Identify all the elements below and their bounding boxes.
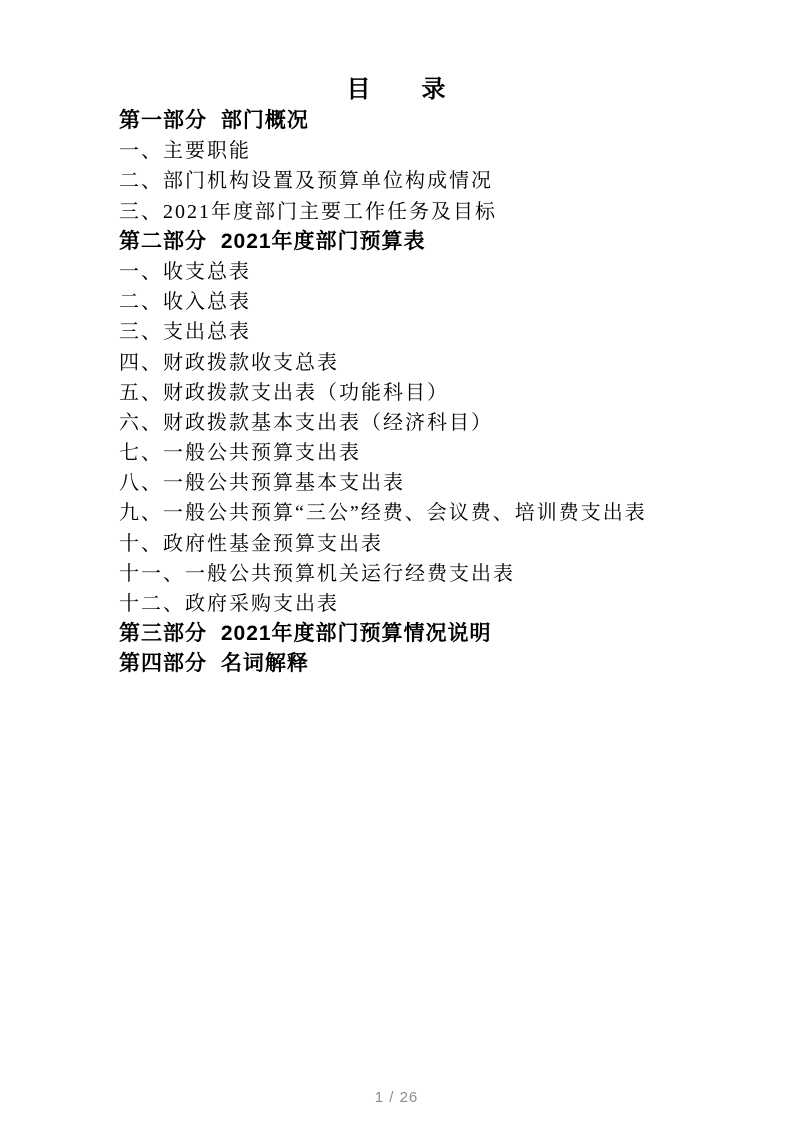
toc-item-agency-operating-expenses: 十一、一般公共预算机关运行经费支出表 bbox=[119, 559, 753, 589]
toc-item-main-duties: 一、主要职能 bbox=[119, 136, 753, 166]
toc-part1-heading: 第一部分 部门概况 bbox=[119, 106, 753, 136]
toc-item-fiscal-appropriation-summary: 四、财政拨款收支总表 bbox=[119, 348, 753, 378]
document-page: 目 录 第一部分 部门概况 一、主要职能 二、部门机构设置及预算单位构成情况 三… bbox=[0, 0, 793, 1122]
table-of-contents: 第一部分 部门概况 一、主要职能 二、部门机构设置及预算单位构成情况 三、202… bbox=[119, 106, 753, 680]
toc-title: 目 录 bbox=[0, 74, 793, 106]
toc-item-fiscal-basic-expenditure-economic: 六、财政拨款基本支出表（经济科目） bbox=[119, 408, 753, 438]
toc-item-expenditure-summary: 三、支出总表 bbox=[119, 317, 753, 347]
toc-item-2021-tasks: 三、2021年度部门主要工作任务及目标 bbox=[119, 197, 753, 227]
toc-item-general-public-budget-basic-expenditure: 八、一般公共预算基本支出表 bbox=[119, 468, 753, 498]
toc-item-revenue-summary: 二、收入总表 bbox=[119, 287, 753, 317]
toc-item-government-fund-budget-expenditure: 十、政府性基金预算支出表 bbox=[119, 529, 753, 559]
toc-item-fiscal-expenditure-functional: 五、财政拨款支出表（功能科目） bbox=[119, 378, 753, 408]
toc-item-general-public-budget-expenditure: 七、一般公共预算支出表 bbox=[119, 438, 753, 468]
toc-part3-heading: 第三部分 2021年度部门预算情况说明 bbox=[119, 619, 753, 649]
toc-part2-heading: 第二部分 2021年度部门预算表 bbox=[119, 227, 753, 257]
toc-item-three-public-funds-expenditure: 九、一般公共预算“三公”经费、会议费、培训费支出表 bbox=[119, 498, 753, 528]
page-number-indicator: 1 / 26 bbox=[0, 1089, 793, 1106]
toc-item-org-setup: 二、部门机构设置及预算单位构成情况 bbox=[119, 166, 753, 196]
toc-item-revenue-expenditure-summary: 一、收支总表 bbox=[119, 257, 753, 287]
toc-part4-heading: 第四部分 名词解释 bbox=[119, 649, 753, 679]
toc-item-government-procurement-expenditure: 十二、政府采购支出表 bbox=[119, 589, 753, 619]
